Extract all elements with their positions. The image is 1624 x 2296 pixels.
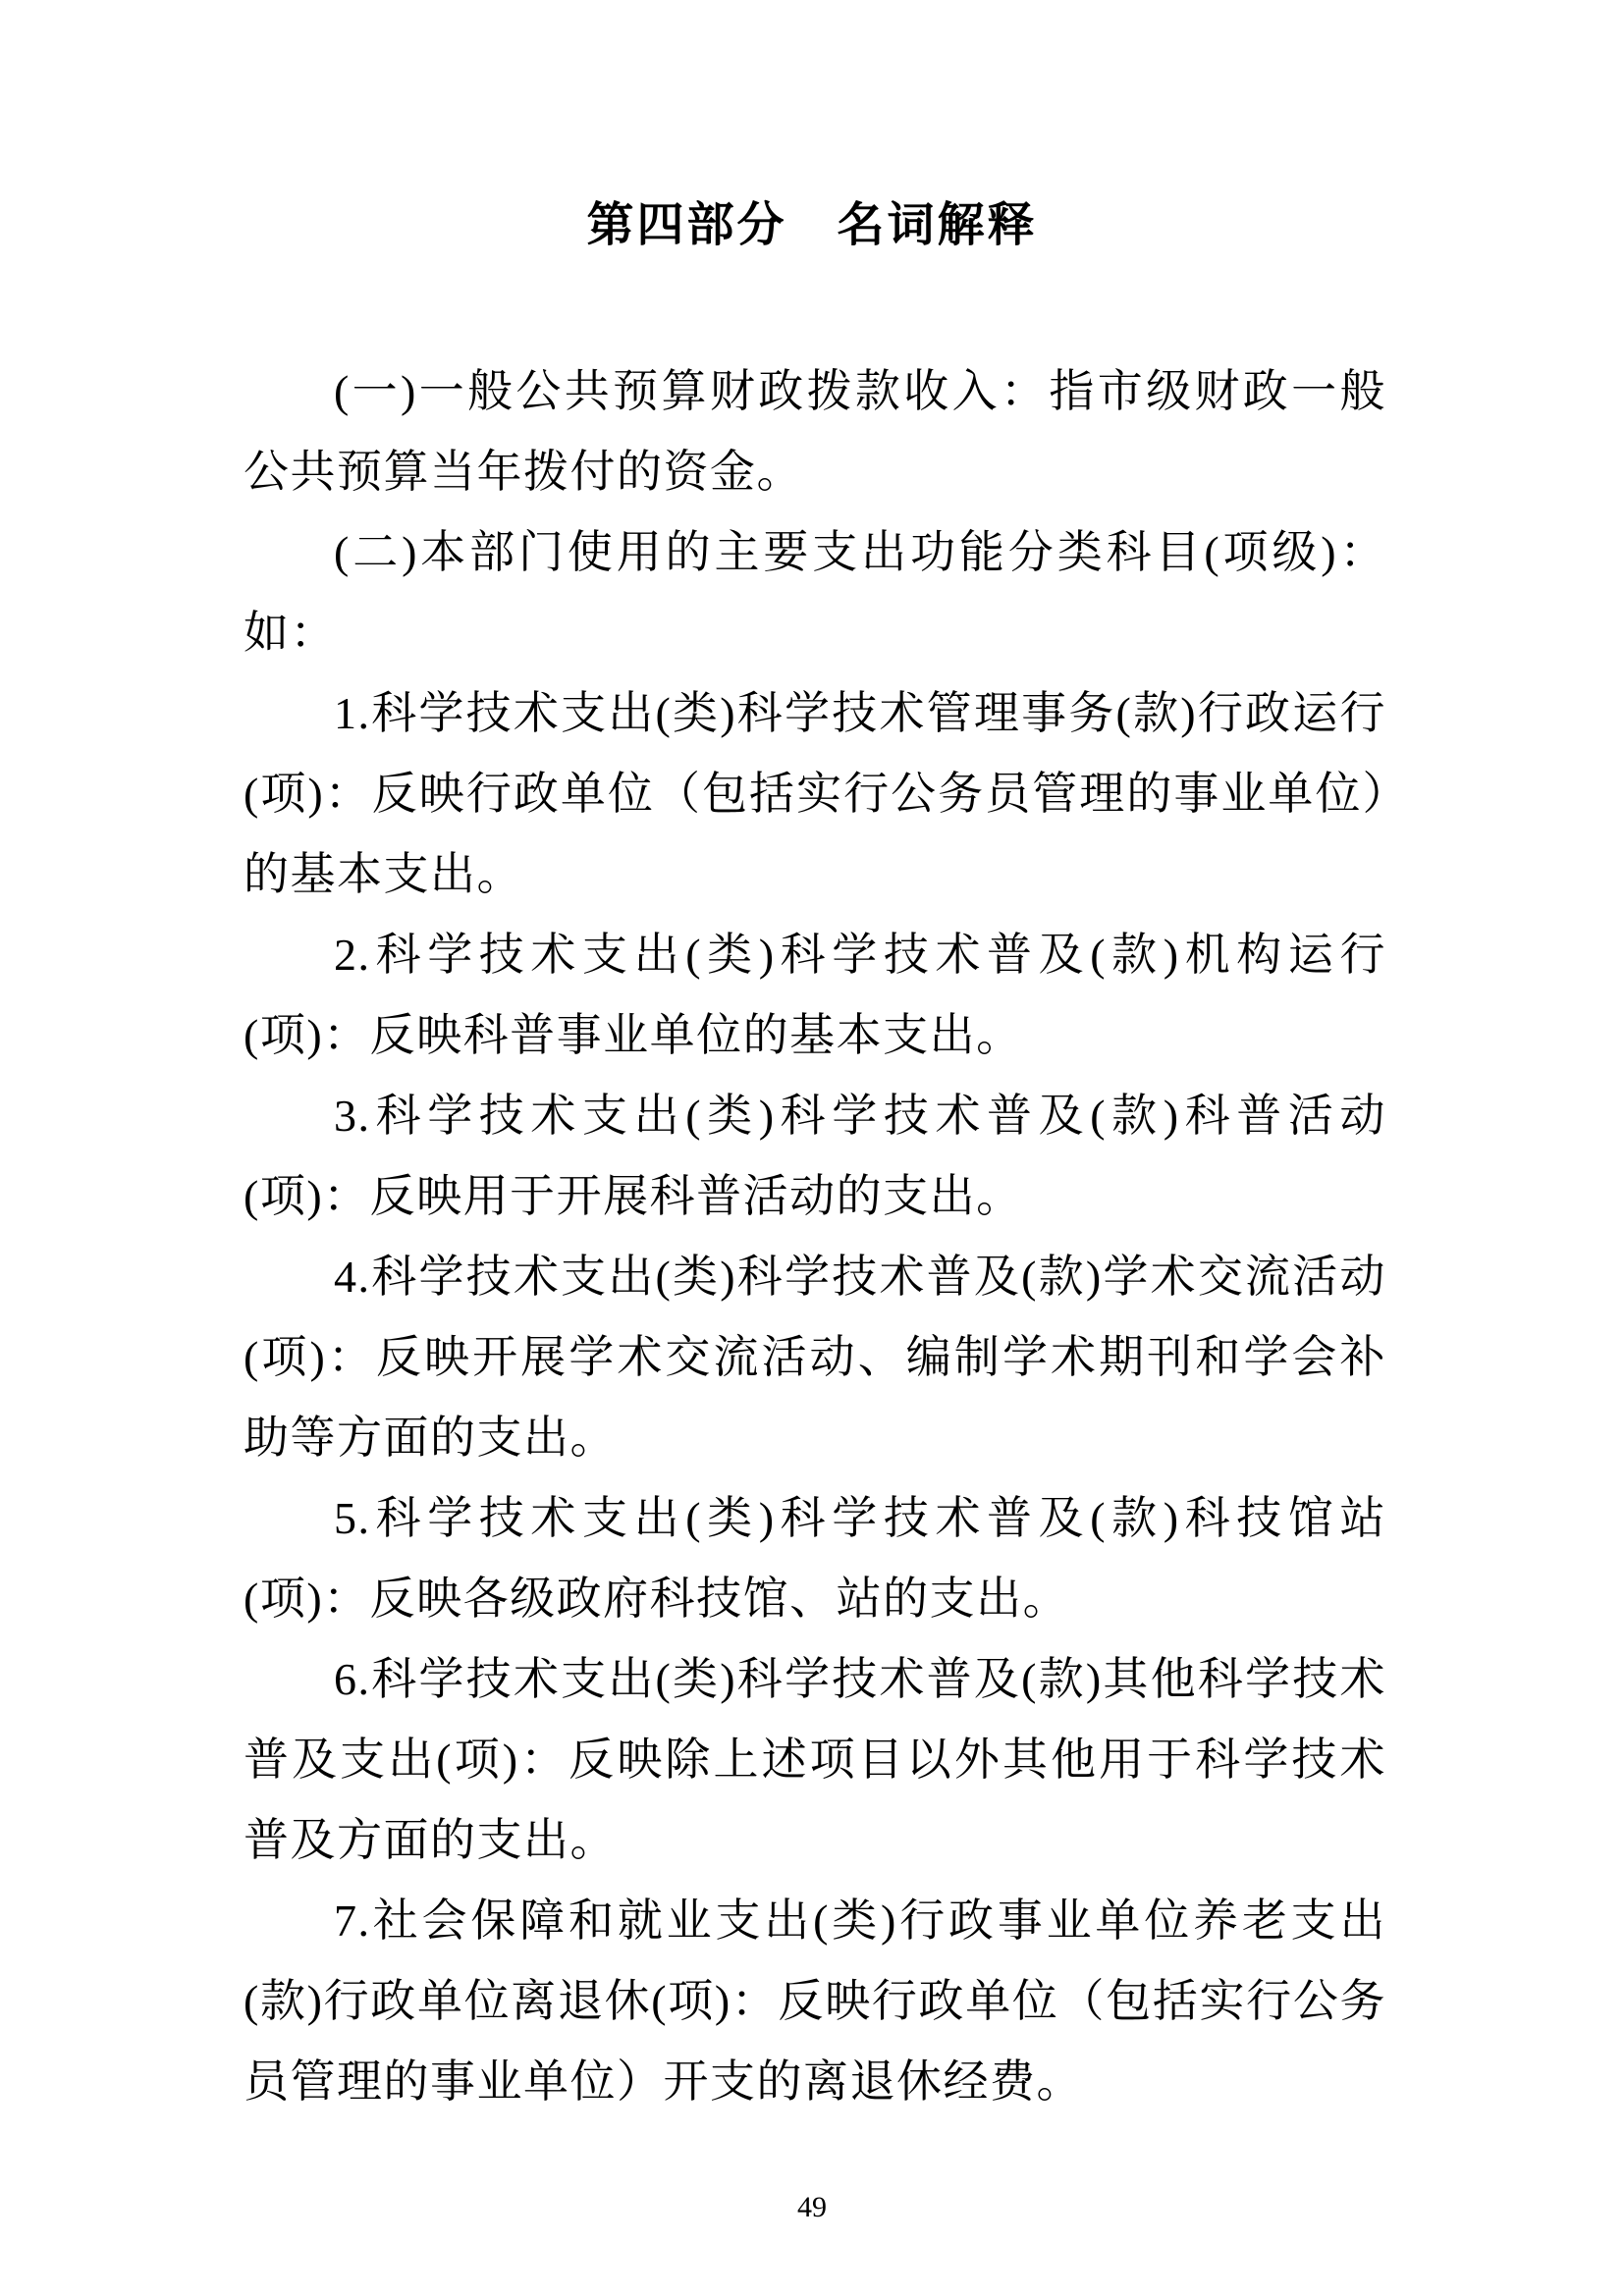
paragraph-item-4: 4.科学技术支出(类)科学技术普及(款)学术交流活动(项)：反映开展学术交流活动… bbox=[244, 1237, 1386, 1478]
paragraph-item-7: 7.社会保障和就业支出(类)行政事业单位养老支出(款)行政单位离退休(项)：反映… bbox=[244, 1881, 1386, 2122]
paragraph-item-1: 1.科学技术支出(类)科学技术管理事务(款)行政运行(项)：反映行政单位（包括实… bbox=[244, 673, 1386, 915]
paragraph-item-2: 2.科学技术支出(类)科学技术普及(款)机构运行(项)：反映科普事业单位的基本支… bbox=[244, 915, 1386, 1076]
document-page: 第四部分 名词解释 (一)一般公共预算财政拨款收入：指市级财政一般公共预算当年拨… bbox=[0, 0, 1624, 2296]
paragraph-item-6: 6.科学技术支出(类)科学技术普及(款)其他科学技术普及支出(项)：反映除上述项… bbox=[244, 1639, 1386, 1881]
paragraph-definition-2: (二)本部门使用的主要支出功能分类科目(项级)：如： bbox=[244, 512, 1386, 673]
paragraph-item-5: 5.科学技术支出(类)科学技术普及(款)科技馆站(项)：反映各级政府科技馆、站的… bbox=[244, 1478, 1386, 1639]
paragraph-definition-1: (一)一般公共预算财政拨款收入：指市级财政一般公共预算当年拨付的资金。 bbox=[244, 351, 1386, 512]
document-body: (一)一般公共预算财政拨款收入：指市级财政一般公共预算当年拨付的资金。 (二)本… bbox=[244, 351, 1386, 2122]
paragraph-item-3: 3.科学技术支出(类)科学技术普及(款)科普活动(项)：反映用于开展科普活动的支… bbox=[244, 1076, 1386, 1237]
page-number: 49 bbox=[0, 2191, 1624, 2224]
page-title: 第四部分 名词解释 bbox=[0, 0, 1624, 253]
